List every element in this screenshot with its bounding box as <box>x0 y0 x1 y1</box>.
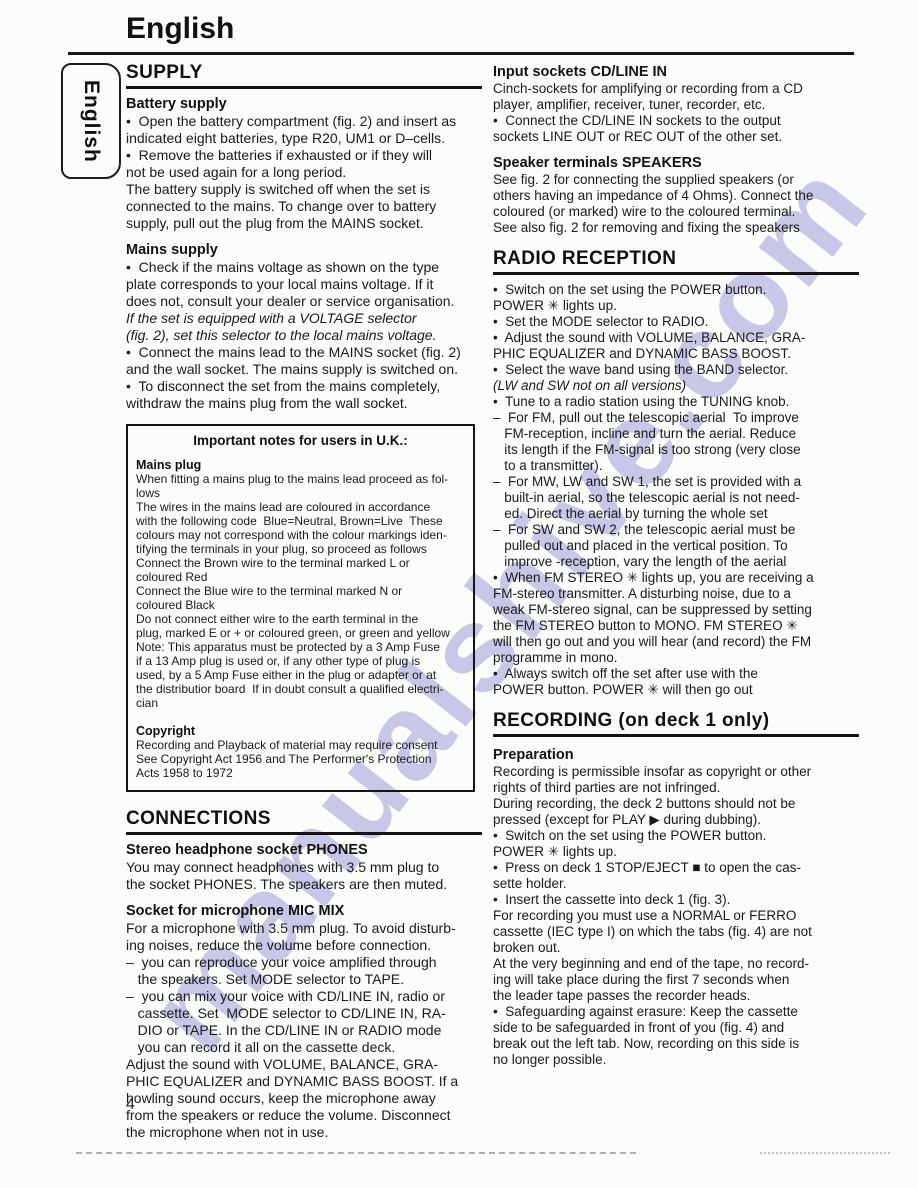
language-tab-label: English <box>79 80 103 163</box>
para-radio-reception-2: • Tune to a radio station using the TUNI… <box>493 394 859 698</box>
section-title-recording: RECORDING (on deck 1 only) <box>493 710 859 737</box>
heading-phones-socket: Stereo headphone socket PHONES <box>126 842 482 858</box>
heading-battery-supply: Battery supply <box>126 96 482 112</box>
page-number: 4 <box>126 1096 135 1114</box>
header-rule <box>68 52 854 55</box>
para-phones-socket: You may connect headphones with 3.5 mm p… <box>126 859 482 893</box>
para-mains-supply-italic: If the set is equipped with a VOLTAGE se… <box>126 310 482 344</box>
left-column: SUPPLY Battery supply • Open the battery… <box>126 62 482 1141</box>
language-tab: English <box>61 63 121 179</box>
para-radio-reception-1: • Switch on the set using the POWER butt… <box>493 282 859 378</box>
para-mains-supply-1: • Check if the mains voltage as shown on… <box>126 259 482 310</box>
heading-mains-supply: Mains supply <box>126 242 482 258</box>
scan-artifact-line <box>760 1152 890 1154</box>
para-recording: Recording is permissible insofar as copy… <box>493 764 859 1068</box>
para-mic-socket: For a microphone with 3.5 mm plug. To av… <box>126 920 482 1141</box>
scan-artifact-line <box>76 1152 636 1154</box>
para-speaker-terminals: See fig. 2 for connecting the supplied s… <box>493 172 859 236</box>
heading-copyright: Copyright <box>136 724 465 738</box>
para-radio-reception-italic: (LW and SW not on all versions) <box>493 378 859 394</box>
manual-page: manualshive.com English English SUPPLY B… <box>0 0 918 1188</box>
para-battery-supply: • Open the battery compartment (fig. 2) … <box>126 113 482 232</box>
page-title: English <box>126 12 234 46</box>
uk-notes-box: Important notes for users in U.K.: Mains… <box>126 424 475 792</box>
heading-speaker-terminals: Speaker terminals SPEAKERS <box>493 155 859 171</box>
section-title-connections: CONNECTIONS <box>126 808 482 835</box>
para-mains-supply-2: • Connect the mains lead to the MAINS so… <box>126 344 482 412</box>
uk-notes-title: Important notes for users in U.K.: <box>136 433 465 448</box>
heading-mains-plug: Mains plug <box>136 458 465 472</box>
heading-input-sockets: Input sockets CD/LINE IN <box>493 64 859 80</box>
para-copyright: Recording and Playback of material may r… <box>136 738 465 780</box>
section-title-supply: SUPPLY <box>126 62 482 89</box>
para-input-sockets: Cinch-sockets for amplifying or recordin… <box>493 81 859 145</box>
right-column: Input sockets CD/LINE IN Cinch-sockets f… <box>493 62 859 1068</box>
heading-mic-socket: Socket for microphone MIC MIX <box>126 903 482 919</box>
section-title-radio-reception: RADIO RECEPTION <box>493 248 859 275</box>
para-mains-plug: When fitting a mains plug to the mains l… <box>136 472 465 710</box>
heading-preparation: Preparation <box>493 747 859 763</box>
